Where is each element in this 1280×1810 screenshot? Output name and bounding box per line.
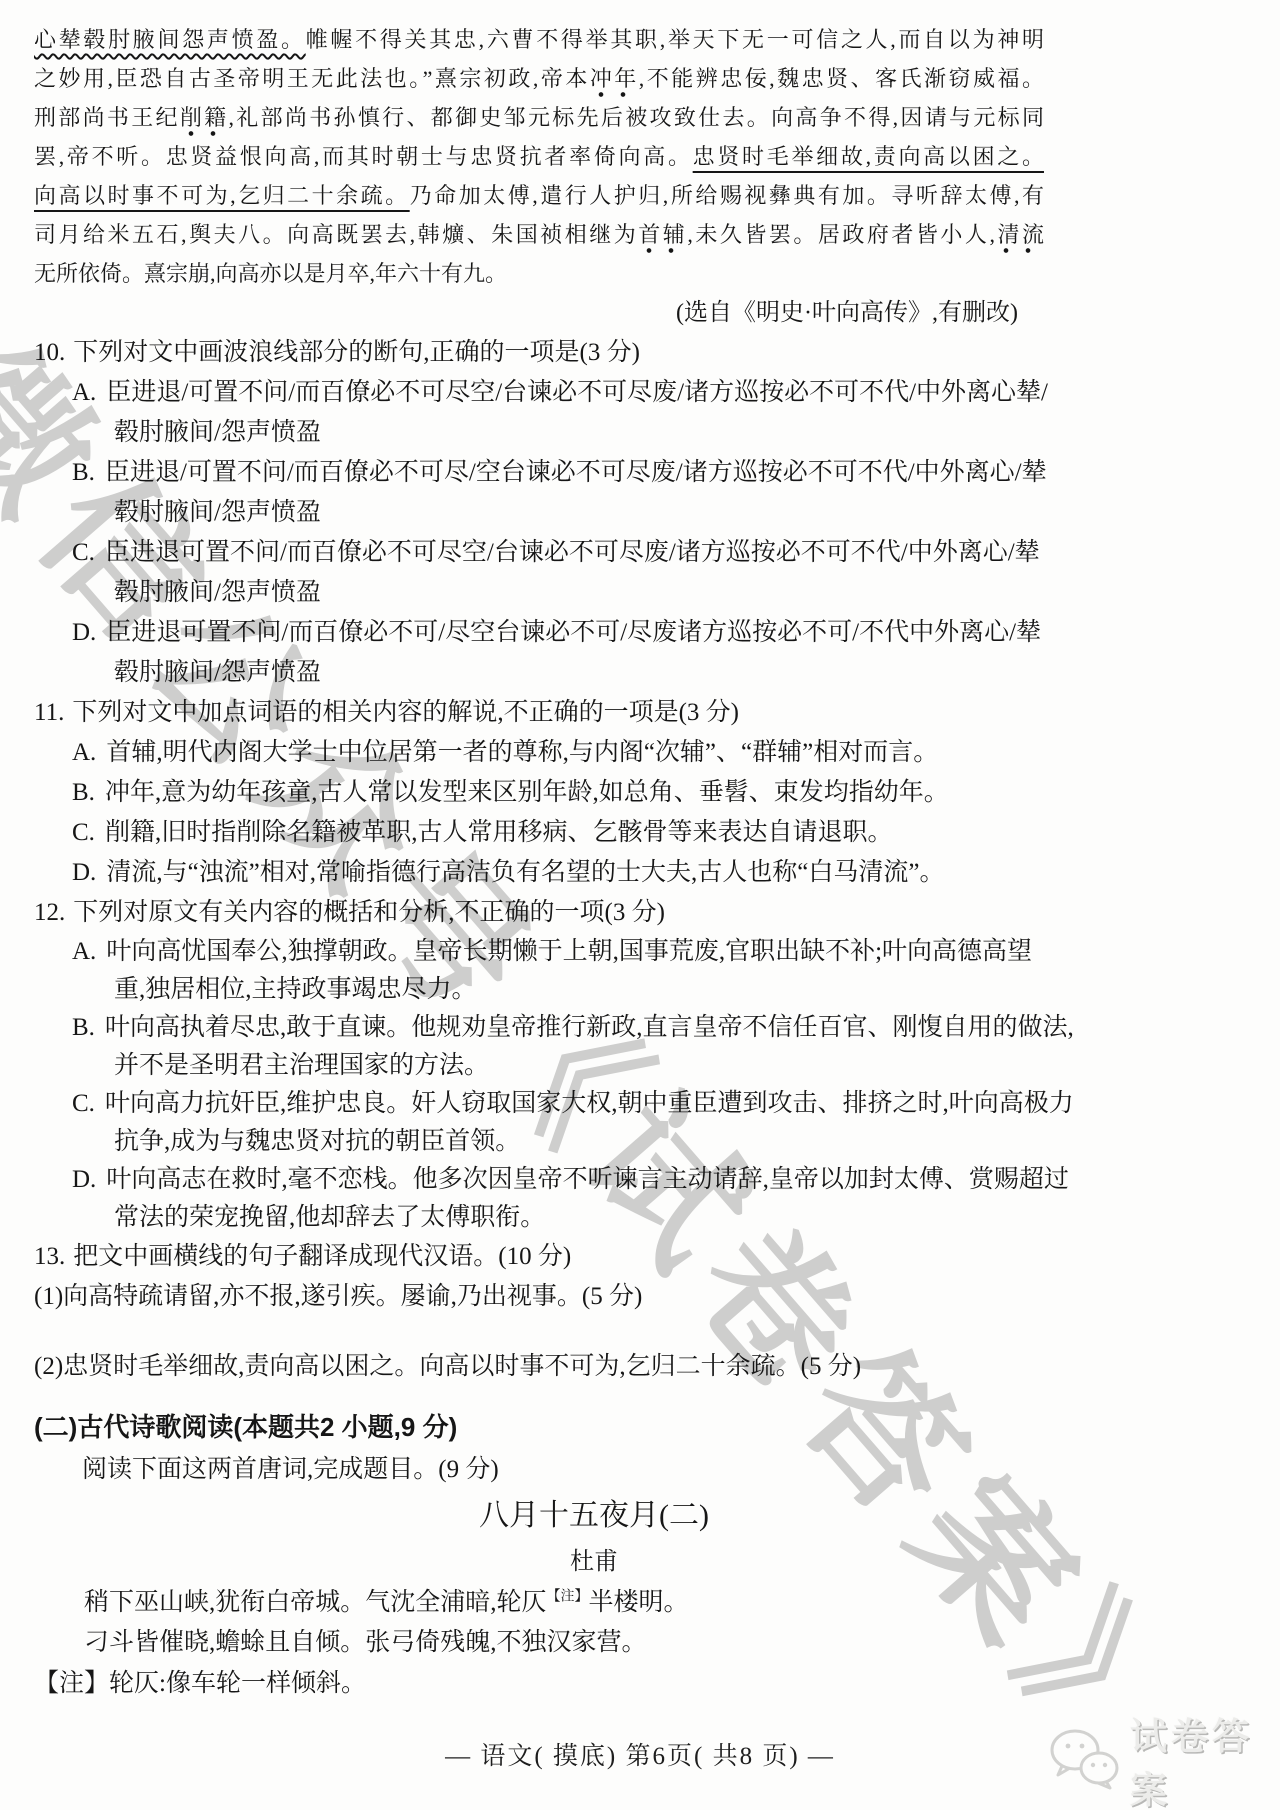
text-segment: 稍下巫山峡,犹衔白帝城。气沈全浦暗,轮仄 [84,1589,547,1616]
answer-brand-text: 试卷答案 [1130,1706,1280,1810]
spacer [34,1317,1214,1347]
text-segment: 向高以时事不可为,乞归二十余疏。 [34,183,410,208]
question-12: 12.下列对原文有关内容的概括和分析,不正确的一项(3 分) A.叶向高忧国奉公… [34,893,1214,1237]
passage-line-7: 无所依倚。熹宗崩,向高亦以是月卒,年六十有九。 [34,254,1044,293]
option-label: D. [72,1166,96,1193]
option-label: C. [72,819,95,846]
option-label: C. [72,539,95,566]
question-13-sub-2: (2)忠贤时毛举细故,责向高以困之。向高以时事不可为,乞归二十余疏。(5 分) [34,1347,1214,1387]
question-number: 11. [34,699,64,726]
poem: 八月十五夜月(二) 杜甫 [89,1491,1099,1583]
option-label: B. [72,779,95,806]
question-13: 13.把文中画横线的句子翻译成现代汉语。(10 分) (1)向高特疏请留,亦不报… [34,1237,1214,1387]
option-label: D. [72,619,96,646]
question-11: 11.下列对文中加点词语的相关内容的解说,不正确的一项是(3 分) A.首辅,明… [34,693,1214,893]
text-segment: 罢,帝不听。忠贤益恨向高,而其时朝士与忠贤抗者率倚向高。 [34,144,693,169]
passage-line-4: 罢,帝不听。忠贤益恨向高,而其时朝士与忠贤抗者率倚向高。忠贤时毛举细故,责向高以… [34,137,1044,176]
passage-line-1: 心辇毂肘腋间怨声愤盈。帷幄不得关其忠,六曹不得举其职,举天下无一可信之人,而自以… [34,20,1044,59]
text-segment: 削籍 [180,105,229,137]
option-label: A. [72,938,96,965]
text-segment: 刑部尚书王纪 [34,105,180,130]
question-12-stem: 12.下列对原文有关内容的概括和分析,不正确的一项(3 分) [34,893,1214,933]
poem-author: 杜甫 [89,1541,1099,1583]
option-label: A. [72,379,96,406]
text-segment: 首辅 [638,222,687,254]
poem-line-2: 刁斗皆催晓,蟾蜍且自倾。张弓倚残魄,不独汉家营。 [34,1623,1214,1663]
question-10-option-c: C.臣进退可置不问/而百僚必不可尽空/台谏必不可尽废/诸方巡按必不可不代/中外离… [72,533,1214,613]
option-text: 臣进退/可置不问/而百僚必不可尽/空台谏必不可尽废/诸方巡按必不可不代/中外离心… [105,459,1047,526]
text-segment: ,不能辨忠佞,魏忠贤、客氏渐窃威福。 [639,66,1044,91]
text-segment: 之妙用,臣恐自古圣帝明王无此法也。”熹宗初政,帝本 [34,66,590,91]
question-11-option-b: B.冲年,意为幼年孩童,古人常以发型来区别年龄,如总角、垂髫、束发均指幼年。 [72,773,1214,813]
question-10-option-b: B.臣进退/可置不问/而百僚必不可尽/空台谏必不可尽废/诸方巡按必不可不代/中外… [72,453,1214,533]
question-10-stem: 10.下列对文中画波浪线部分的断句,正确的一项是(3 分) [34,333,1214,373]
question-12-option-c: C.叶向高力抗奸臣,维护忠良。奸人窃取国家大权,朝中重臣遭到攻击、排挤之时,叶向… [72,1085,1214,1161]
text-segment: ,未久皆罢。居政府者皆小人, [687,222,995,247]
option-text: 首辅,明代内阁大学士中位居第一者的尊称,与内阁“次辅”、“群辅”相对而言。 [106,739,938,766]
question-stem-text: 把文中画横线的句子翻译成现代汉语。(10 分) [73,1243,571,1270]
option-text: 冲年,意为幼年孩童,古人常以发型来区别年龄,如总角、垂髫、束发均指幼年。 [105,779,949,806]
option-label: C. [72,1090,95,1117]
option-text: 臣进退可置不问/而百僚必不可尽空/台谏必不可尽废/诸方巡按必不可不代/中外离心/… [105,539,1040,606]
option-text: 臣进退可置不问/而百僚必不可/尽空台谏必不可/尽废诸方巡按必不可/不代中外离心/… [106,619,1041,686]
question-stem-text: 下列对文中加点词语的相关内容的解说,不正确的一项是(3 分) [72,699,739,726]
question-11-option-d: D.清流,与“浊流”相对,常喻指德行高洁负有名望的士大夫,古人也称“白马清流”。 [72,853,1214,893]
text-segment: 半楼明。 [589,1589,689,1616]
question-stem-text: 下列对文中画波浪线部分的断句,正确的一项是(3 分) [73,339,640,366]
exam-page: 心辇毂肘腋间怨声愤盈。帷幄不得关其忠,六曹不得举其职,举天下无一可信之人,而自以… [0,0,1214,1705]
text-segment: 心辇毂肘腋间怨声愤盈。 [34,27,306,52]
passage-source: (选自《明史·叶向高传》,有删改) [34,293,1044,333]
text-segment: 清流 [995,222,1044,254]
text-segment: 冲年 [590,66,639,98]
passage-line-6: 司月给米五石,舆夫八。向高既罢去,韩爌、朱国祯相继为首辅,未久皆罢。居政府者皆小… [34,215,1044,254]
text-segment: ,礼部尚书孙慎行、都御史邹元标先后被攻致仕去。向高争不得,因请与元标同 [228,105,1044,130]
passage-line-2: 之妙用,臣恐自古圣帝明王无此法也。”熹宗初政,帝本冲年,不能辨忠佞,魏忠贤、客氏… [34,59,1044,98]
poetry-section-intro: 阅读下面这两首唐词,完成题目。(9 分) [34,1449,1214,1491]
option-text: 叶向高执着尽忠,敢于直谏。他规劝皇帝推行新政,直言皇帝不信任百官、刚愎自用的做法… [105,1014,1074,1079]
passage-line-3: 刑部尚书王纪削籍,礼部尚书孙慎行、都御史邹元标先后被攻致仕去。向高争不得,因请与… [34,98,1044,137]
question-11-option-a: A.首辅,明代内阁大学士中位居第一者的尊称,与内阁“次辅”、“群辅”相对而言。 [72,733,1214,773]
text-segment: 乃命加太傅,遣行人护归,所给赐视彝典有加。寻听辞太傅,有 [410,183,1044,208]
option-label: D. [72,859,96,886]
wechat-bubbles-icon [1048,1725,1122,1796]
poetry-section-header: (二)古代诗歌阅读(本题共2 小题,9 分) [34,1405,1214,1449]
option-label: A. [72,739,96,766]
option-text: 叶向高力抗奸臣,维护忠良。奸人窃取国家大权,朝中重臣遭到攻击、排挤之时,叶向高极… [105,1090,1074,1155]
text-segment: 帷幄不得关其忠,六曹不得举其职,举天下无一可信之人,而自以为神明 [306,27,1044,52]
option-text: 叶向高忧国奉公,独撑朝政。皇帝长期懒于上朝,国事荒废,官职出缺不补;叶向高德高望… [106,938,1032,1003]
question-12-option-a: A.叶向高忧国奉公,独撑朝政。皇帝长期懒于上朝,国事荒废,官职出缺不补;叶向高德… [72,933,1214,1009]
classical-passage: 心辇毂肘腋间怨声愤盈。帷幄不得关其忠,六曹不得举其职,举天下无一可信之人,而自以… [34,20,1044,293]
question-number: 13. [34,1243,65,1270]
question-number: 12. [34,899,65,926]
option-label: B. [72,459,95,486]
poetry-section: (二)古代诗歌阅读(本题共2 小题,9 分) 阅读下面这两首唐词,完成题目。(9… [34,1405,1214,1705]
text-segment: 司月给米五石,舆夫八。向高既罢去,韩爌、朱国祯相继为 [34,222,638,247]
question-11-option-c: C.削籍,旧时指削除名籍被革职,古人常用移病、乞骸骨等来表达自请退职。 [72,813,1214,853]
text-segment: 无所依倚。熹宗崩,向高亦以是月卒,年六十有九。 [34,261,507,286]
question-10: 10.下列对文中画波浪线部分的断句,正确的一项是(3 分) A.臣进退/可置不问… [34,333,1214,693]
text-segment: 忠贤时毛举细故,责向高以困之。 [693,144,1044,169]
question-12-option-b: B.叶向高执着尽忠,敢于直谏。他规劝皇帝推行新政,直言皇帝不信任百官、刚愎自用的… [72,1009,1214,1085]
question-10-option-a: A.臣进退/可置不问/而百僚必不可尽空/台谏必不可尽废/诸方巡按必不可不代/中外… [72,373,1214,453]
spacer [34,1387,1214,1405]
question-13-sub-1: (1)向高特疏请留,亦不报,遂引疾。屡谕,乃出视事。(5 分) [34,1277,1214,1317]
option-text: 叶向高志在救时,毫不恋栈。他多次因皇帝不听谏言主动请辞,皇帝以加封太傅、赏赐超过… [106,1166,1069,1231]
option-text: 削籍,旧时指削除名籍被革职,古人常用移病、乞骸骨等来表达自请退职。 [105,819,893,846]
poem-line-1: 稍下巫山峡,犹衔白帝城。气沈全浦暗,轮仄【注】半楼明。 [34,1583,1214,1623]
question-13-stem: 13.把文中画横线的句子翻译成现代汉语。(10 分) [34,1237,1214,1277]
question-10-option-d: D.臣进退可置不问/而百僚必不可/尽空台谏必不可/尽废诸方巡按必不可/不代中外离… [72,613,1214,693]
poem-note: 【注】轮仄:像车轮一样倾斜。 [34,1663,1214,1705]
option-text: 臣进退/可置不问/而百僚必不可尽空/台谏必不可尽废/诸方巡按必不可不代/中外离心… [106,379,1048,446]
question-12-option-d: D.叶向高志在救时,毫不恋栈。他多次因皇帝不听谏言主动请辞,皇帝以加封太傅、赏赐… [72,1161,1214,1237]
poem-title: 八月十五夜月(二) [89,1491,1099,1541]
option-label: B. [72,1014,95,1041]
text-segment: 【注】 [547,1590,589,1605]
question-number: 10. [34,339,65,366]
question-11-stem: 11.下列对文中加点词语的相关内容的解说,不正确的一项是(3 分) [34,693,1214,733]
passage-line-5: 向高以时事不可为,乞归二十余疏。乃命加太傅,遣行人护归,所给赐视彝典有加。寻听辞… [34,176,1044,215]
option-text: 清流,与“浊流”相对,常喻指德行高洁负有名望的士大夫,古人也称“白马清流”。 [106,859,944,886]
answer-brand-logo: 试卷答案 [1048,1706,1280,1810]
question-stem-text: 下列对原文有关内容的概括和分析,不正确的一项(3 分) [73,899,665,926]
